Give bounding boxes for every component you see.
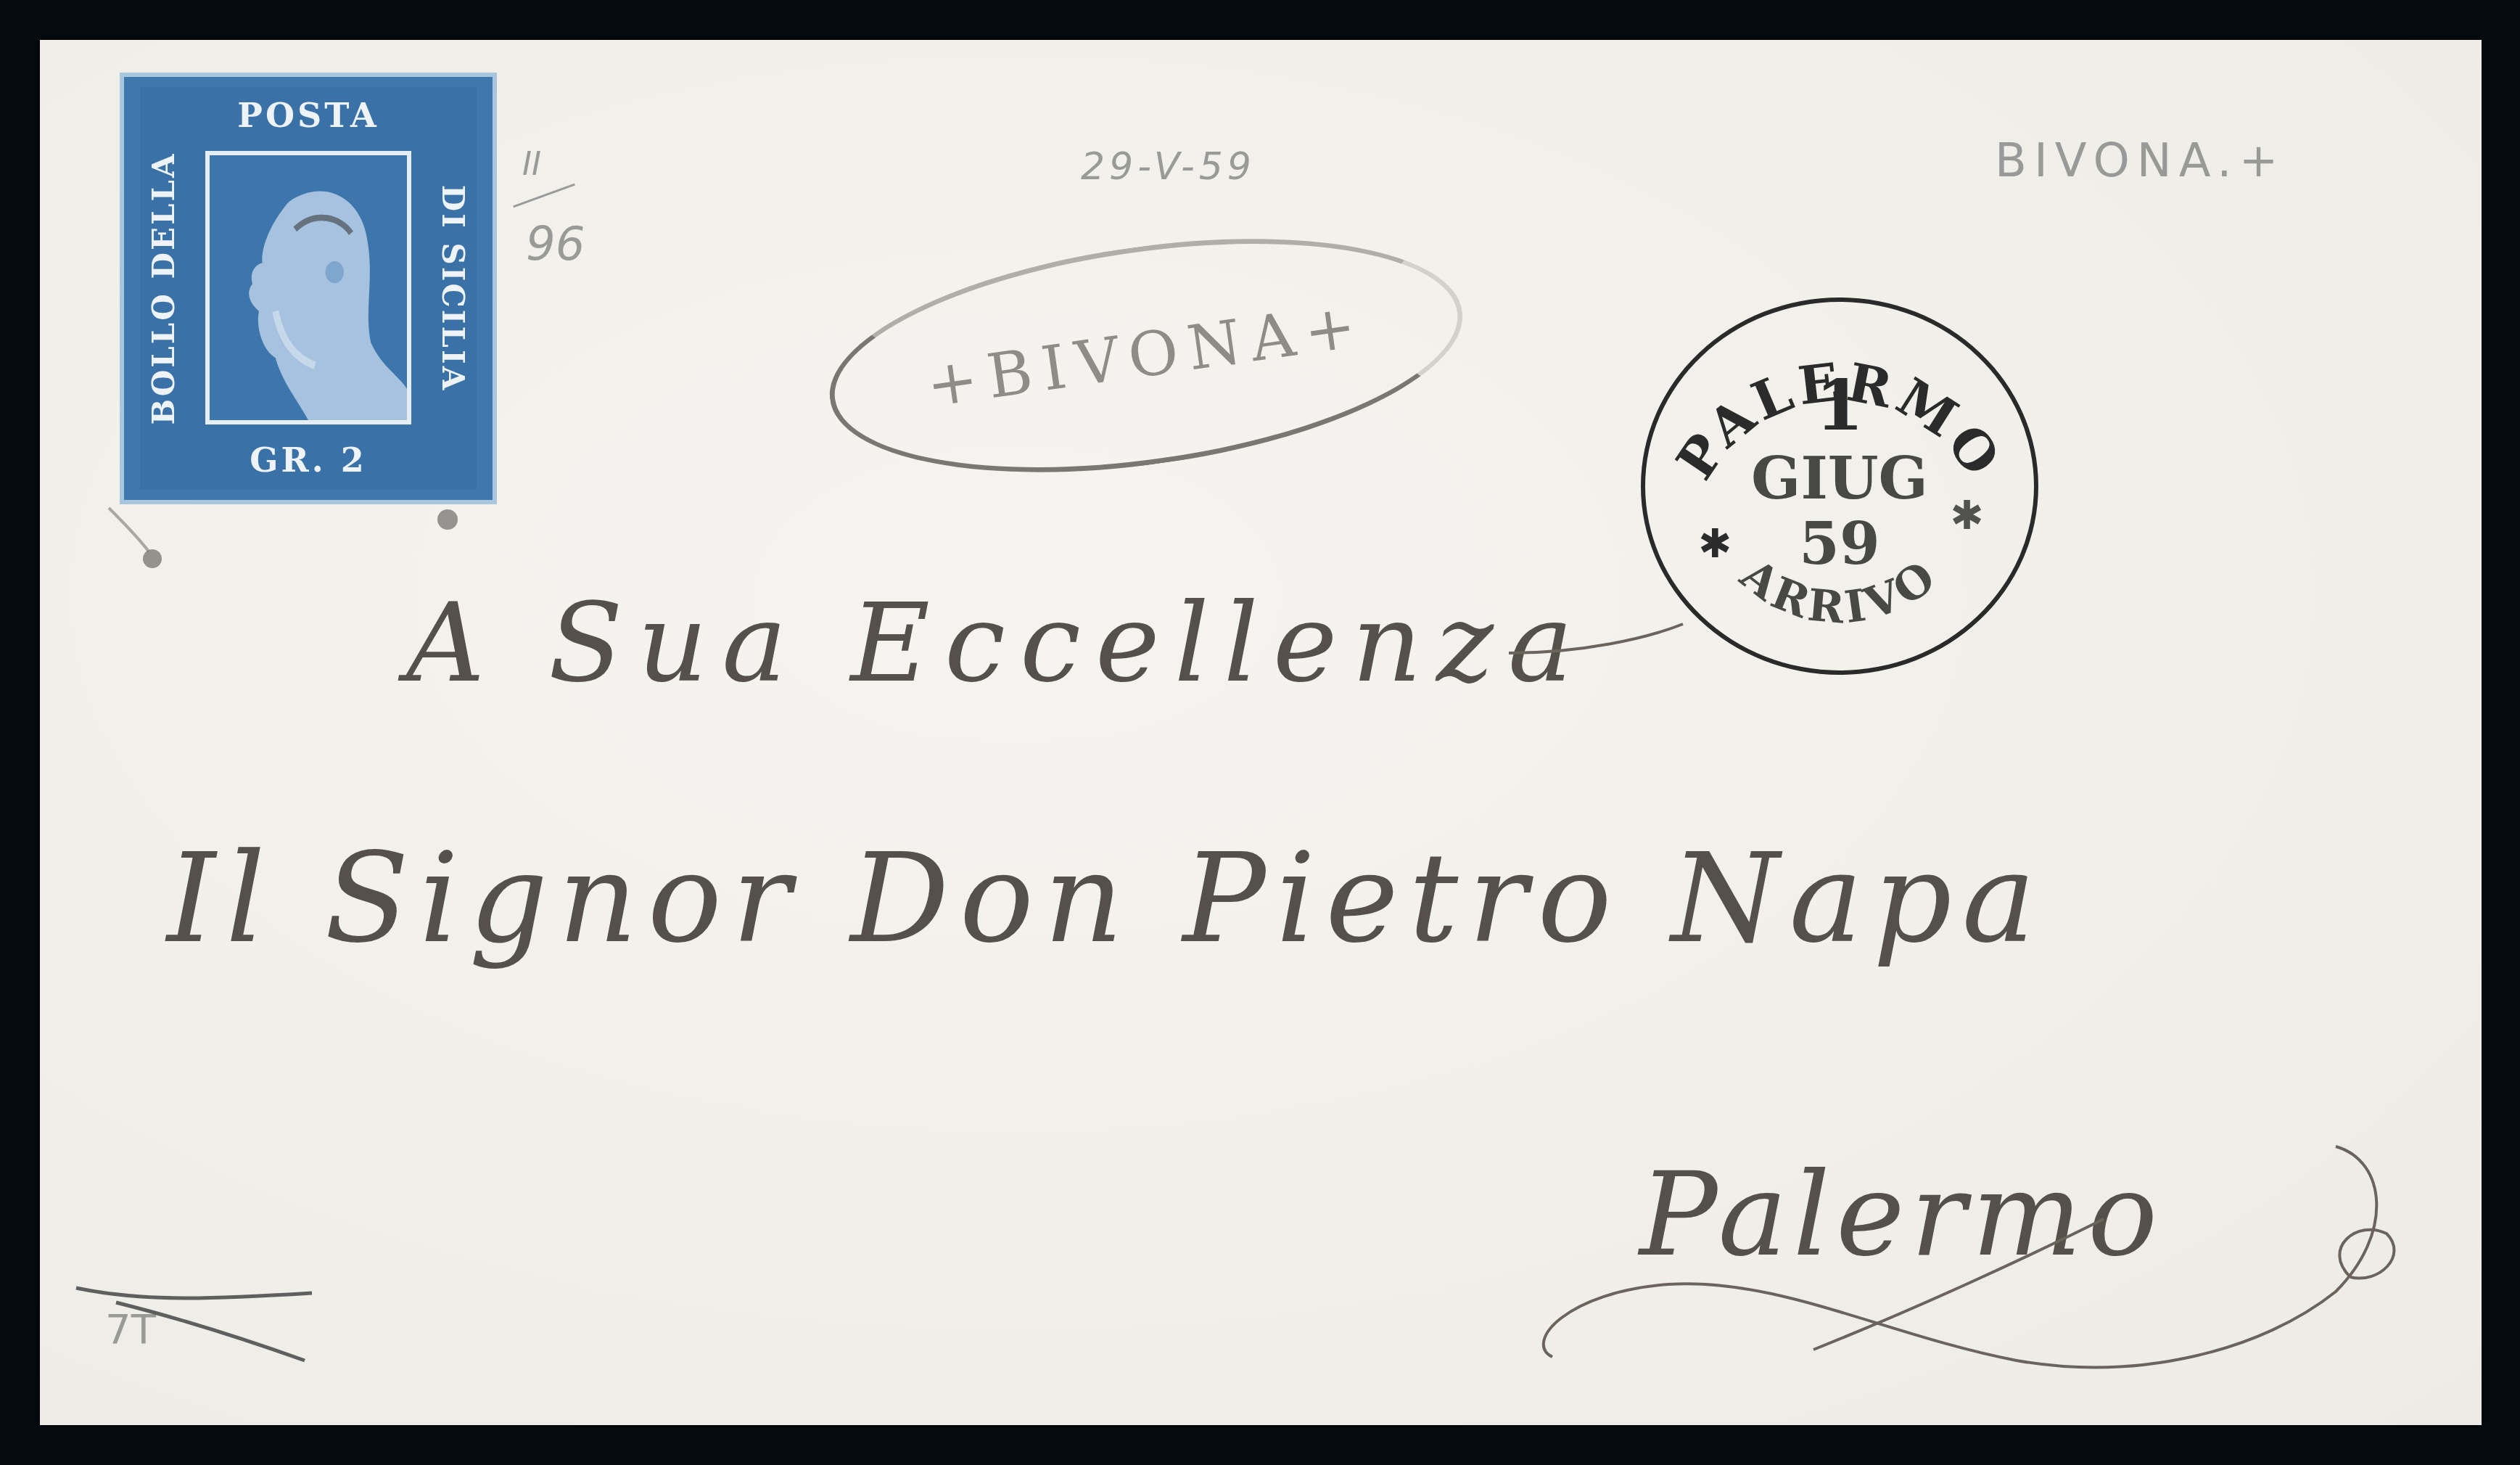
handwriting-flourishes bbox=[0, 0, 2520, 1465]
